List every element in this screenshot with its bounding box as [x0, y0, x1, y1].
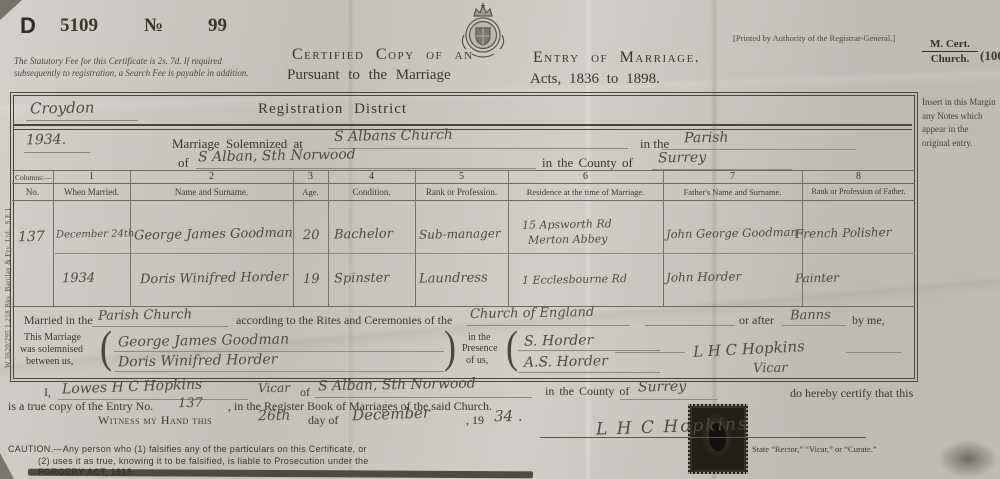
bride-residence-line1: 1 Ecclesbourne Rd: [522, 272, 627, 287]
registration-district-label: Registration District: [258, 101, 407, 118]
title-entry-of-marriage: Entry of Marriage.: [533, 49, 700, 67]
witness-hand-label: Witness my Hand this: [98, 413, 212, 428]
col-header-name: Name and Surname.: [130, 187, 293, 197]
blank-line: [846, 352, 902, 353]
day-handwritten: 26th: [258, 408, 291, 425]
fill-line: [26, 120, 138, 121]
entry-number-cell: 137: [18, 229, 45, 245]
title-certified-copy: Certified Copy of an: [292, 46, 474, 64]
witness-signature-1: S. Horder: [524, 332, 594, 349]
groom-rank: Sub-manager: [419, 226, 501, 241]
corner-shadow-tl: [0, 0, 22, 20]
columns-word: Columns:—: [15, 173, 52, 182]
col-num-6: 6: [508, 171, 663, 182]
col-header-father: Father's Name and Surname.: [663, 187, 802, 197]
county-handwritten-2: Surrey: [638, 379, 686, 396]
presence-label-1: in the: [468, 332, 491, 343]
col-header-when-married: When Married.: [53, 187, 130, 197]
cert-paren: (100: [980, 48, 1000, 64]
fill-line: [466, 325, 630, 326]
presence-label-3: of us,: [466, 355, 488, 366]
bride-condition: Spinster: [334, 271, 390, 287]
groom-residence-line2: Merton Abbey: [528, 232, 608, 246]
col-num-5: 5: [415, 171, 508, 182]
col-num-8: 8: [802, 171, 915, 182]
fill-line: [114, 351, 444, 352]
groom-condition: Bachelor: [334, 226, 393, 242]
fill-line: [24, 152, 90, 153]
groom-name: George James Goodman: [134, 226, 293, 244]
cert-class-top: M. Cert.: [922, 38, 978, 52]
groom-age: 20: [303, 228, 320, 243]
this-marriage-label-2: was solemnised: [20, 344, 83, 355]
fill-line: [328, 148, 628, 149]
entry-no-handwritten: 137: [178, 396, 203, 411]
church-of-england-handwritten: Church of England: [470, 305, 594, 322]
entry-number: 99: [208, 15, 227, 37]
county-label: in the County of: [542, 155, 633, 171]
table-line: [12, 200, 915, 201]
church-name-handwritten: S Albans Church: [334, 127, 453, 145]
fill-line: [782, 325, 846, 326]
serial-number: 5109: [60, 15, 98, 37]
caution-line-1: CAUTION.—Any person who (1) falsifies an…: [8, 444, 367, 454]
true-copy-pre: is a true copy of the Entry No.: [8, 399, 153, 414]
certifier-place-handwritten: S Alban, Sth Norwood: [318, 376, 476, 395]
signature-line: [540, 437, 866, 438]
witness-signature-2: A.S. Horder: [524, 353, 608, 370]
fill-line: [518, 350, 660, 351]
this-marriage-label-1: This Marriage: [24, 332, 81, 343]
certify-label: do hereby certify that this: [790, 386, 913, 401]
groom-residence-line1: 15 Apsworth Rd: [522, 217, 612, 232]
county-label-2: in the County of: [545, 384, 629, 399]
when-married-year: 1934: [62, 271, 95, 287]
rites-label: according to the Rites and Ceremonies of…: [236, 313, 452, 328]
groom-signature: George James Goodman: [118, 332, 289, 351]
col-header-no: No.: [12, 187, 53, 197]
corner-smudge-br: [938, 440, 998, 478]
col-num-1: 1: [53, 171, 130, 182]
bride-rank: Laundress: [419, 270, 488, 286]
fill-line: [620, 399, 718, 400]
groom-father-rank: French Polisher: [795, 225, 892, 241]
officiant-title-handwritten: Vicar: [753, 361, 788, 377]
by-me-label: by me,: [852, 313, 885, 328]
bride-father-name: John Horder: [666, 269, 741, 284]
marriage-certificate: D 5109 № 99 The Statutory Fee for this C…: [0, 0, 1000, 479]
bride-signature: Doris Winifred Horder: [118, 352, 278, 371]
of-label-2: of: [300, 385, 310, 400]
title-acts: Acts, 1836 to 1898.: [530, 71, 660, 88]
col-header-age: Age.: [293, 187, 328, 197]
col-num-4: 4: [328, 171, 415, 182]
blank-line: [615, 352, 685, 353]
groom-father-name: John George Goodman: [666, 225, 798, 241]
blank-line: [645, 325, 735, 326]
month-handwritten: December: [352, 404, 431, 425]
year-printed-label: , 19: [466, 413, 484, 428]
double-rule: [14, 124, 912, 130]
married-place-handwritten: Parish Church: [98, 307, 192, 324]
fill-line: [518, 372, 660, 373]
parish-handwritten: Parish: [684, 130, 729, 147]
title-pursuant: Pursuant to the Marriage: [287, 67, 451, 84]
royal-coat-of-arms-icon: [452, 2, 514, 62]
day-of-label: day of: [308, 413, 338, 428]
county-handwritten: Surrey: [658, 150, 706, 167]
certifier-title-handwritten: Vicar: [258, 381, 290, 396]
i-label: I,: [44, 385, 51, 400]
printed-by-note: [Printed by Authority of the Registrar-G…: [733, 33, 895, 43]
when-married-date: December 24th: [56, 228, 135, 240]
col-header-residence: Residence at the time of Marriage.: [508, 187, 663, 197]
serial-letter: D: [20, 13, 36, 39]
caution-line-2: (2) uses it as true, knowing it to be fa…: [38, 456, 369, 466]
margin-note: Insert in this Margin any Notes which ap…: [922, 96, 998, 150]
bride-father-rank: Painter: [795, 271, 839, 286]
year-handwritten: 1934.: [26, 132, 66, 149]
row-divider-line: [55, 253, 915, 254]
bride-name: Doris Winifred Horder: [140, 270, 288, 288]
statutory-fee-note: The Statutory Fee for this Certificate i…: [14, 56, 266, 79]
brace-left: (: [100, 321, 112, 374]
table-line: [12, 183, 915, 184]
this-marriage-label-3: between us,: [26, 356, 73, 367]
certifier-name-handwritten: Lowes H C Hopkins: [62, 377, 203, 398]
fill-line: [315, 397, 532, 398]
no-symbol: №: [144, 15, 163, 37]
district-name-handwritten: Croydon: [30, 98, 95, 117]
fill-line: [196, 168, 536, 169]
of-label: of: [178, 155, 189, 171]
cert-class-bottom: Church.: [922, 52, 978, 65]
bride-age: 19: [303, 272, 320, 287]
col-num-3: 3: [293, 171, 328, 182]
or-after-label: or after: [739, 313, 774, 328]
col-header-rank: Rank or Profession.: [415, 187, 508, 197]
presence-label-2: Presence: [462, 343, 498, 354]
state-note: State “Rector,” “Vicar,” or “Curate.”: [752, 444, 877, 454]
banns-handwritten: Banns: [790, 308, 831, 324]
year-handwritten-2: 34 .: [494, 407, 523, 425]
col-num-2: 2: [130, 171, 293, 182]
fill-line: [92, 326, 228, 327]
brace-left-witnesses: (: [506, 321, 518, 374]
col-header-father-rank: Rank or Profession of Father.: [802, 187, 915, 196]
col-header-condition: Condition.: [328, 187, 415, 197]
certificate-class: M. Cert. Church.: [922, 38, 978, 65]
corner-shadow-bl: [0, 453, 14, 479]
brace-right: ): [444, 321, 456, 374]
place-handwritten: S Alban, Sth Norwood: [198, 147, 356, 166]
fill-line: [114, 371, 444, 372]
married-in-prefix: Married in the: [24, 313, 93, 328]
col-num-7: 7: [663, 171, 802, 182]
table-line: [12, 306, 915, 307]
